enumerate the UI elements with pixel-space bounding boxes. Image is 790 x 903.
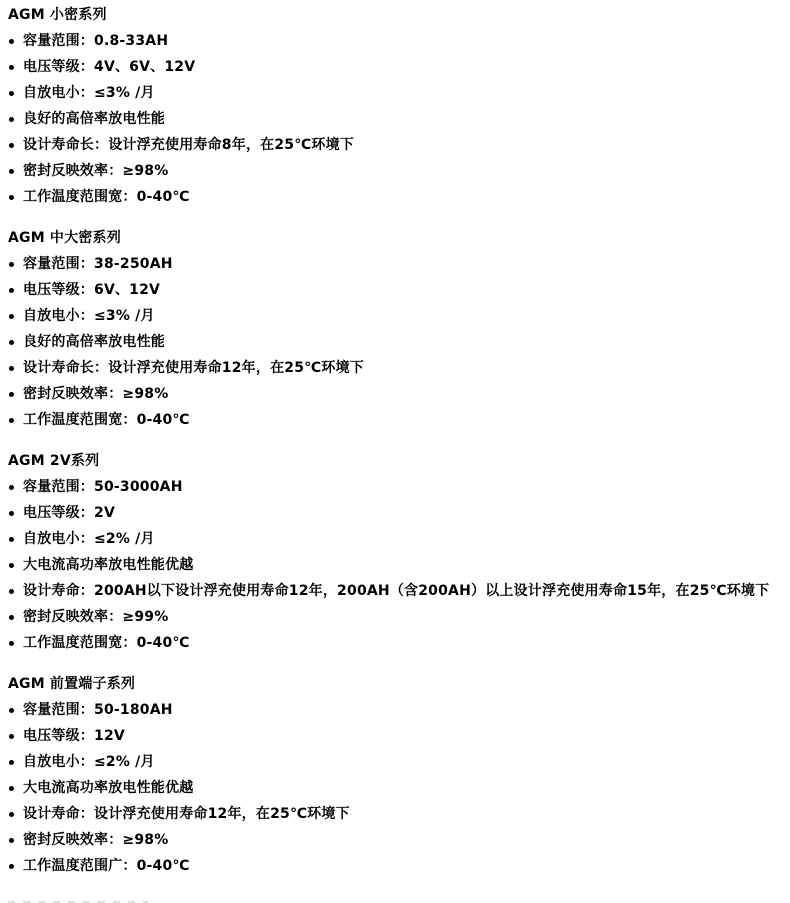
bullet-icon: [9, 589, 14, 594]
list-item-text: 容量范围：0.8-33AH: [23, 33, 168, 49]
bullet-icon: [9, 812, 14, 817]
bullet-icon: [9, 143, 14, 148]
bullet-icon: [9, 65, 14, 70]
bullet-icon: [9, 418, 14, 423]
bullet-icon: [9, 760, 14, 765]
list-item-text: 自放电小：≤2% /月: [23, 754, 155, 770]
section-title: AGM 2V系列: [8, 453, 780, 469]
list-item: 容量范围：50-3000AH: [8, 479, 780, 495]
list-item-text: 密封反映效率：≥98%: [23, 832, 168, 848]
list-item: 电压等级：6V、12V: [8, 282, 780, 298]
bullet-icon: [9, 288, 14, 293]
bullet-icon: [9, 786, 14, 791]
list-item-text: 工作温度范围宽：0-40℃: [23, 189, 190, 205]
bullet-icon: [9, 39, 14, 44]
list-item-text: 电压等级：4V、6V、12V: [23, 59, 195, 75]
bullet-icon: [9, 511, 14, 516]
bullet-icon: [9, 838, 14, 843]
list-item: 密封反映效率：≥98%: [8, 832, 780, 848]
bullet-icon: [9, 117, 14, 122]
list-item: 设计寿命：200AH以下设计浮充使用寿命12年，200AH（含200AH）以上设…: [8, 583, 780, 599]
list-item-text: 大电流高功率放电性能优越: [23, 557, 193, 573]
list-item-text: 电压等级：12V: [23, 728, 125, 744]
list-item: 工作温度范围宽：0-40℃: [8, 189, 780, 205]
section-title: AGM 前置端子系列: [8, 676, 780, 692]
list-item-text: 设计寿命长：设计浮充使用寿命8年，在25℃环境下: [23, 137, 354, 153]
bullet-icon: [9, 563, 14, 568]
list-item-text: 设计寿命：设计浮充使用寿命12年，在25℃环境下: [23, 806, 350, 822]
bullet-icon: [9, 314, 14, 319]
bullet-icon: [9, 485, 14, 490]
list-item: 自放电小：≤3% /月: [8, 85, 780, 101]
list-item: 良好的高倍率放电性能: [8, 334, 780, 350]
list-item-text: 密封反映效率：≥98%: [23, 386, 168, 402]
list-item-text: 电压等级：6V、12V: [23, 282, 160, 298]
list-item: 密封反映效率：≥99%: [8, 609, 780, 625]
list-item: 大电流高功率放电性能优越: [8, 780, 780, 796]
list-item: 电压等级：4V、6V、12V: [8, 59, 780, 75]
list-item: 电压等级：2V: [8, 505, 780, 521]
bullet-icon: [9, 262, 14, 267]
list-item: 容量范围：38-250AH: [8, 256, 780, 272]
list-item: 自放电小：≤2% /月: [8, 531, 780, 547]
list-item-text: 密封反映效率：≥98%: [23, 163, 168, 179]
list-item-text: 良好的高倍率放电性能: [23, 334, 165, 350]
section-agm-2v: AGM 2V系列 容量范围：50-3000AH 电压等级：2V 自放电小：≤2%…: [8, 453, 780, 651]
list-item: 容量范围：50-180AH: [8, 702, 780, 718]
bullet-icon: [9, 641, 14, 646]
list-item: 自放电小：≤3% /月: [8, 308, 780, 324]
spec-document: AGM 小密系列 容量范围：0.8-33AH 电压等级：4V、6V、12V 自放…: [0, 0, 790, 874]
bullet-icon: [9, 537, 14, 542]
bullet-icon: [9, 864, 14, 869]
list-item: 密封反映效率：≥98%: [8, 386, 780, 402]
list-item-text: 容量范围：50-180AH: [23, 702, 173, 718]
list-item-text: 工作温度范围广：0-40℃: [23, 858, 190, 874]
list-item: 工作温度范围宽：0-40℃: [8, 412, 780, 428]
bullet-icon: [9, 615, 14, 620]
list-item-text: 容量范围：38-250AH: [23, 256, 173, 272]
list-item: 容量范围：0.8-33AH: [8, 33, 780, 49]
list-item-text: 容量范围：50-3000AH: [23, 479, 183, 495]
list-item: 设计寿命长：设计浮充使用寿命8年，在25℃环境下: [8, 137, 780, 153]
bullet-icon: [9, 169, 14, 174]
list-item-text: 大电流高功率放电性能优越: [23, 780, 193, 796]
section-agm-small-sealed: AGM 小密系列 容量范围：0.8-33AH 电压等级：4V、6V、12V 自放…: [8, 7, 780, 205]
list-item-text: 设计寿命：200AH以下设计浮充使用寿命12年，200AH（含200AH）以上设…: [23, 583, 769, 599]
list-item-text: 工作温度范围宽：0-40℃: [23, 412, 190, 428]
list-item: 电压等级：12V: [8, 728, 780, 744]
bullet-icon: [9, 340, 14, 345]
list-item: 大电流高功率放电性能优越: [8, 557, 780, 573]
bullet-icon: [9, 91, 14, 96]
list-item-text: 电压等级：2V: [23, 505, 115, 521]
list-item: 工作温度范围广：0-40℃: [8, 858, 780, 874]
bullet-icon: [9, 708, 14, 713]
bullet-icon: [9, 734, 14, 739]
list-item-text: 设计寿命长：设计浮充使用寿命12年，在25℃环境下: [23, 360, 364, 376]
list-item: 工作温度范围宽：0-40℃: [8, 635, 780, 651]
list-item: 密封反映效率：≥98%: [8, 163, 780, 179]
list-item: 自放电小：≤2% /月: [8, 754, 780, 770]
bullet-icon: [9, 366, 14, 371]
list-item-text: 自放电小：≤3% /月: [23, 85, 155, 101]
list-item-text: 自放电小：≤3% /月: [23, 308, 155, 324]
list-item-text: 良好的高倍率放电性能: [23, 111, 165, 127]
list-item: 设计寿命长：设计浮充使用寿命12年，在25℃环境下: [8, 360, 780, 376]
section-agm-front-terminal: AGM 前置端子系列 容量范围：50-180AH 电压等级：12V 自放电小：≤…: [8, 676, 780, 874]
section-title: AGM 小密系列: [8, 7, 780, 23]
list-item-text: 密封反映效率：≥99%: [23, 609, 168, 625]
bullet-icon: [9, 392, 14, 397]
section-agm-mid-large-sealed: AGM 中大密系列 容量范围：38-250AH 电压等级：6V、12V 自放电小…: [8, 230, 780, 428]
list-item: 设计寿命：设计浮充使用寿命12年，在25℃环境下: [8, 806, 780, 822]
list-item: 良好的高倍率放电性能: [8, 111, 780, 127]
list-item-text: 自放电小：≤2% /月: [23, 531, 155, 547]
bullet-icon: [9, 195, 14, 200]
list-item-text: 工作温度范围宽：0-40℃: [23, 635, 190, 651]
section-title: AGM 中大密系列: [8, 230, 780, 246]
